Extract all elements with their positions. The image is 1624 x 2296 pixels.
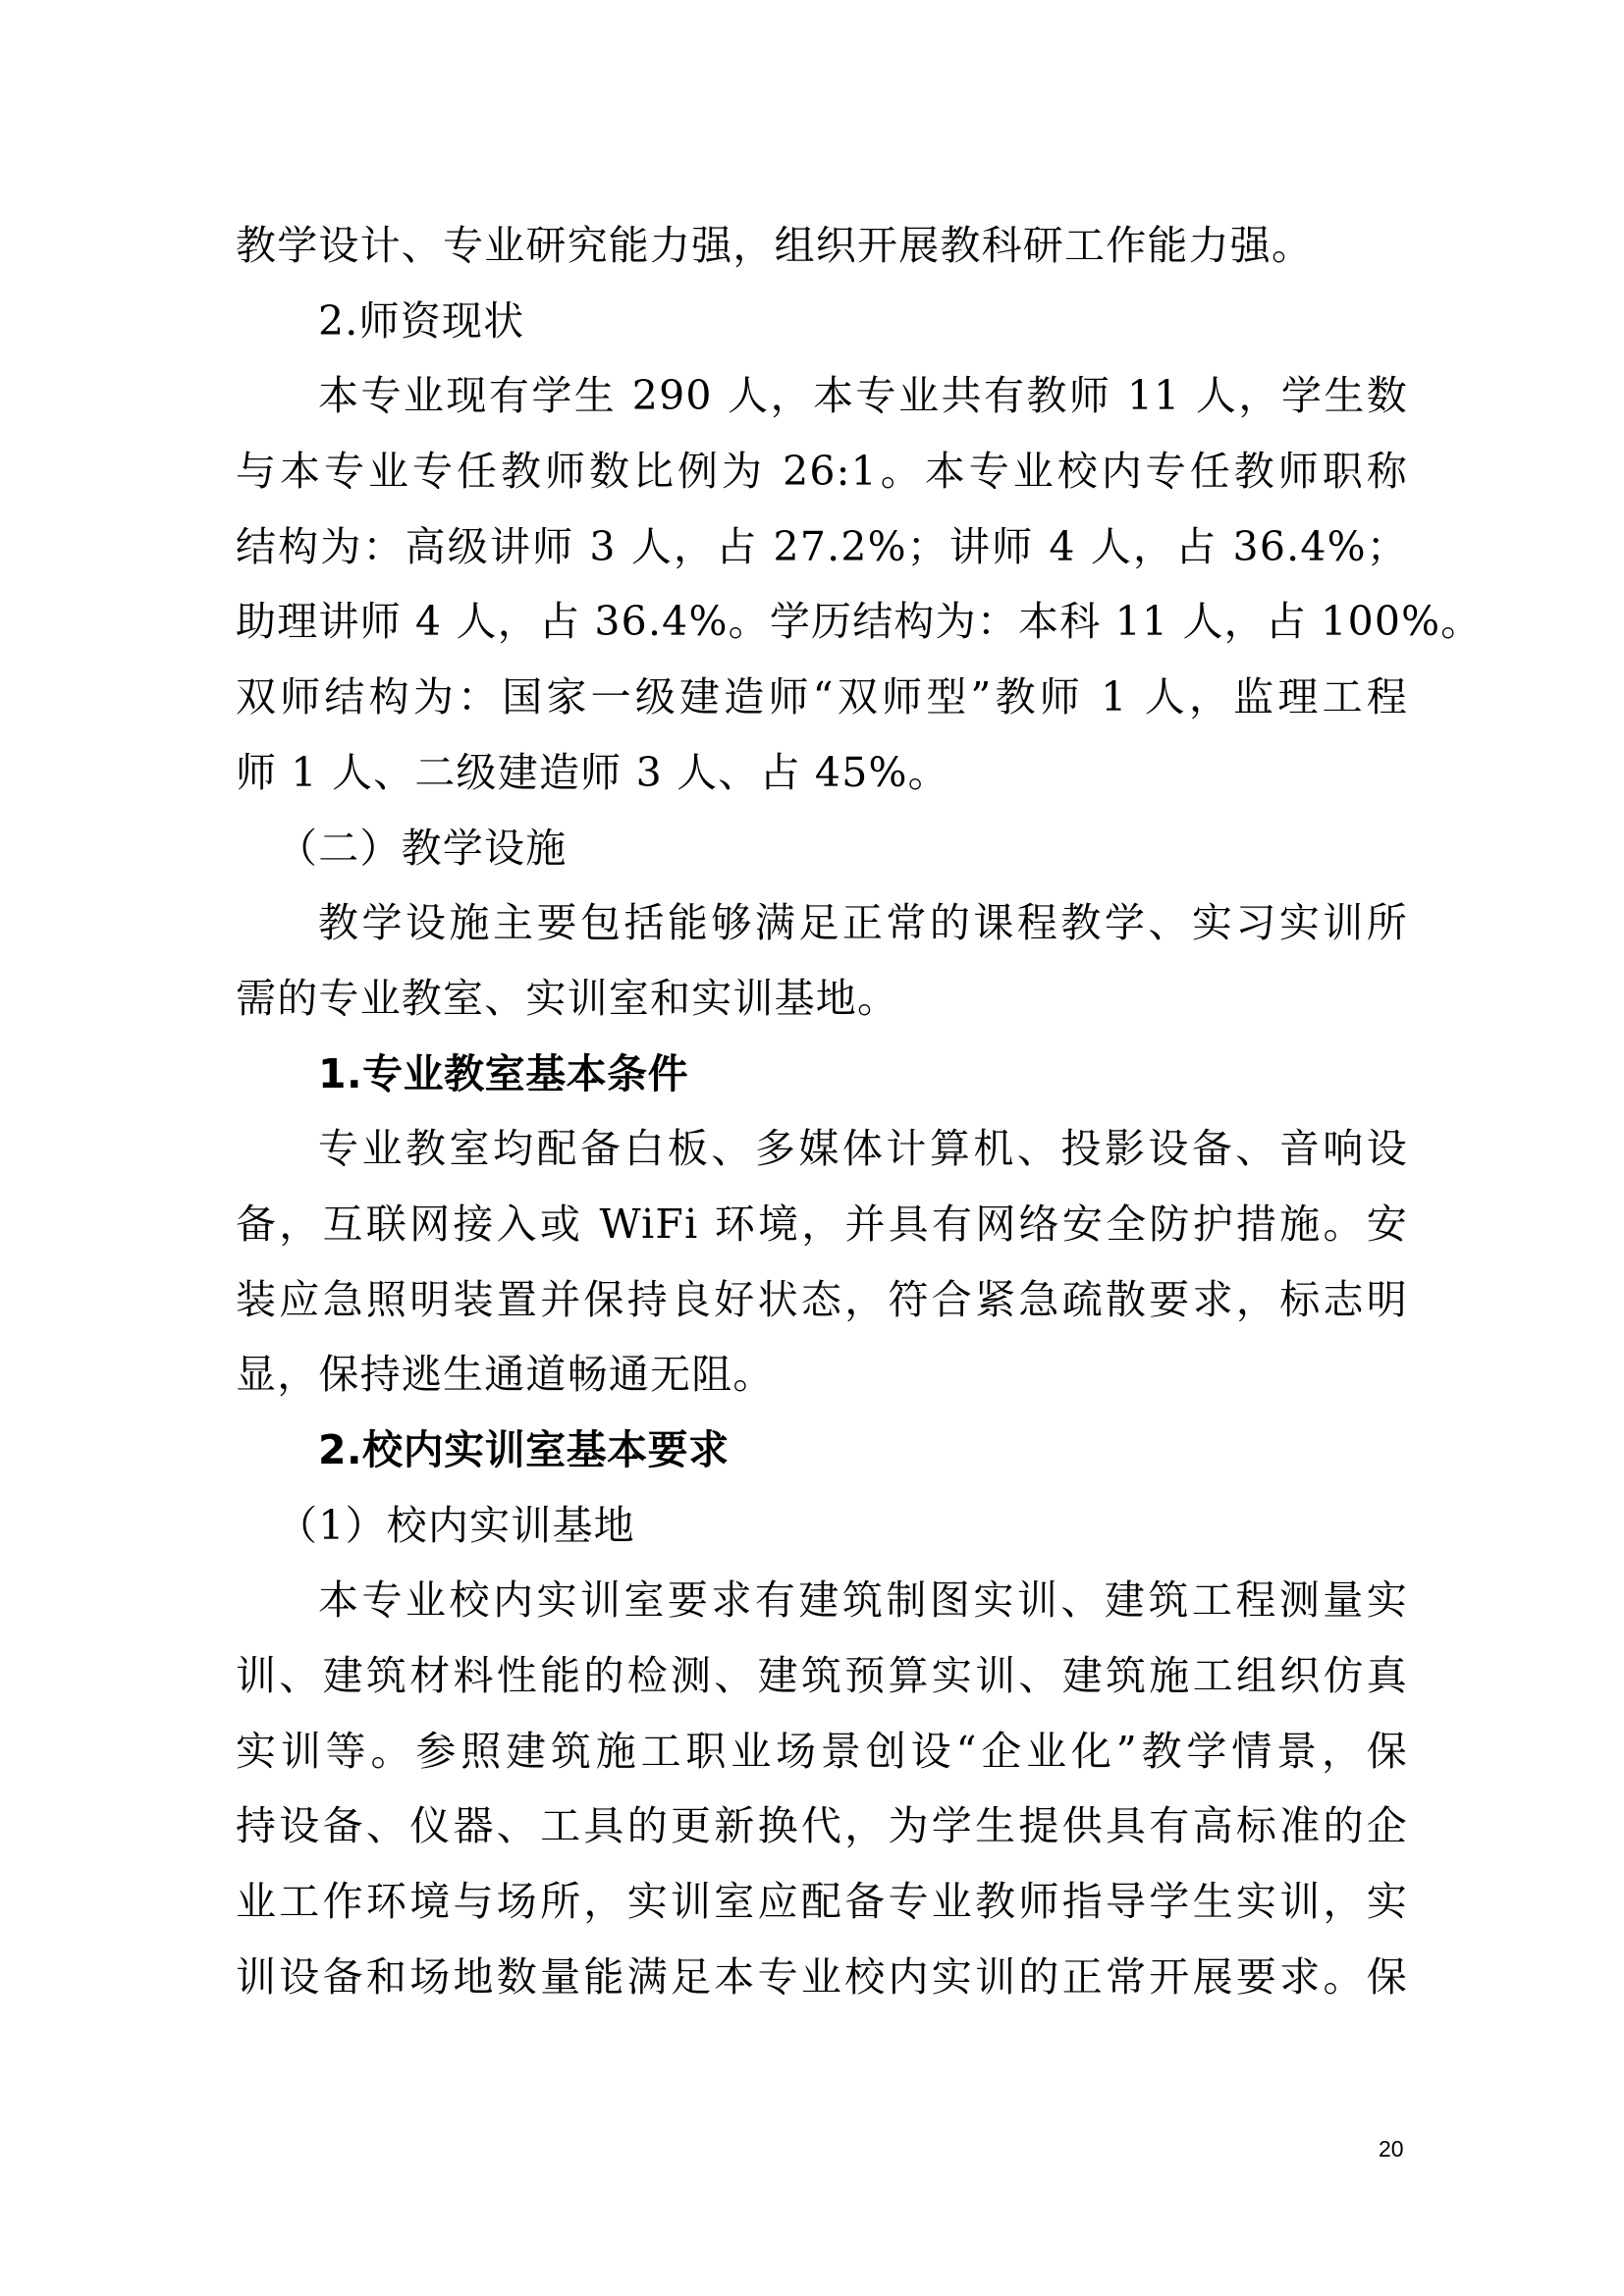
paragraph-line: 本专业校内实训室要求有建筑制图实训、建筑工程测量实	[236, 1563, 1408, 1638]
paragraph-line: 显，保持逃生通道畅通无阻。	[236, 1337, 1408, 1413]
heading-training-room-requirements: 2.校内实训室基本要求	[236, 1413, 1408, 1488]
paragraph-line: 实训等。参照建筑施工职业场景创设“企业化”教学情景，保	[236, 1714, 1408, 1789]
body-text: 教学设计、专业研究能力强，组织开展教科研工作能力强。 2.师资现状 本专业现有学…	[236, 208, 1408, 2015]
paragraph-line: 与本专业专任教师数比例为 26:1。本专业校内专任教师职称	[236, 434, 1408, 509]
paragraph-line: 师 1 人、二级建造师 3 人、占 45%。	[236, 735, 1408, 811]
section-heading-teaching-facilities: （二）教学设施	[236, 811, 1408, 886]
paragraph-line: 训、建筑材料性能的检测、建筑预算实训、建筑施工组织仿真	[236, 1638, 1408, 1714]
paragraph-line: 业工作环境与场所，实训室应配备专业教师指导学生实训，实	[236, 1864, 1408, 1940]
paragraph-line: 双师结构为：国家一级建造师“双师型”教师 1 人，监理工程	[236, 660, 1408, 735]
paragraph-line: 助理讲师 4 人，占 36.4%。学历结构为：本科 11 人，占 100%。	[236, 584, 1408, 660]
heading-classroom-conditions: 1.专业教室基本条件	[236, 1037, 1408, 1112]
paragraph-line: 持设备、仪器、工具的更新换代，为学生提供具有高标准的企	[236, 1789, 1408, 1864]
paragraph-line: 本专业现有学生 290 人，本专业共有教师 11 人，学生数	[236, 358, 1408, 434]
paragraph-line: 教学设施主要包括能够满足正常的课程教学、实习实训所	[236, 885, 1408, 961]
document-page: 教学设计、专业研究能力强，组织开展教科研工作能力强。 2.师资现状 本专业现有学…	[0, 0, 1624, 2296]
paragraph-line: 专业教室均配备白板、多媒体计算机、投影设备、音响设	[236, 1111, 1408, 1187]
subheading-faculty-status: 2.师资现状	[236, 284, 1408, 359]
paragraph-line: 结构为：高级讲师 3 人，占 27.2%；讲师 4 人，占 36.4%；	[236, 509, 1408, 585]
subheading-training-base: （1）校内实训基地	[236, 1488, 1408, 1564]
paragraph-line: 装应急照明装置并保持良好状态，符合紧急疏散要求，标志明	[236, 1262, 1408, 1338]
paragraph-line: 训设备和场地数量能满足本专业校内实训的正常开展要求。保	[236, 1940, 1408, 2015]
paragraph-line: 教学设计、专业研究能力强，组织开展教科研工作能力强。	[236, 208, 1408, 284]
page-number: 20	[1379, 2136, 1404, 2163]
paragraph-line: 备，互联网接入或 WiFi 环境，并具有网络安全防护措施。安	[236, 1187, 1408, 1262]
paragraph-line: 需的专业教室、实训室和实训基地。	[236, 961, 1408, 1037]
